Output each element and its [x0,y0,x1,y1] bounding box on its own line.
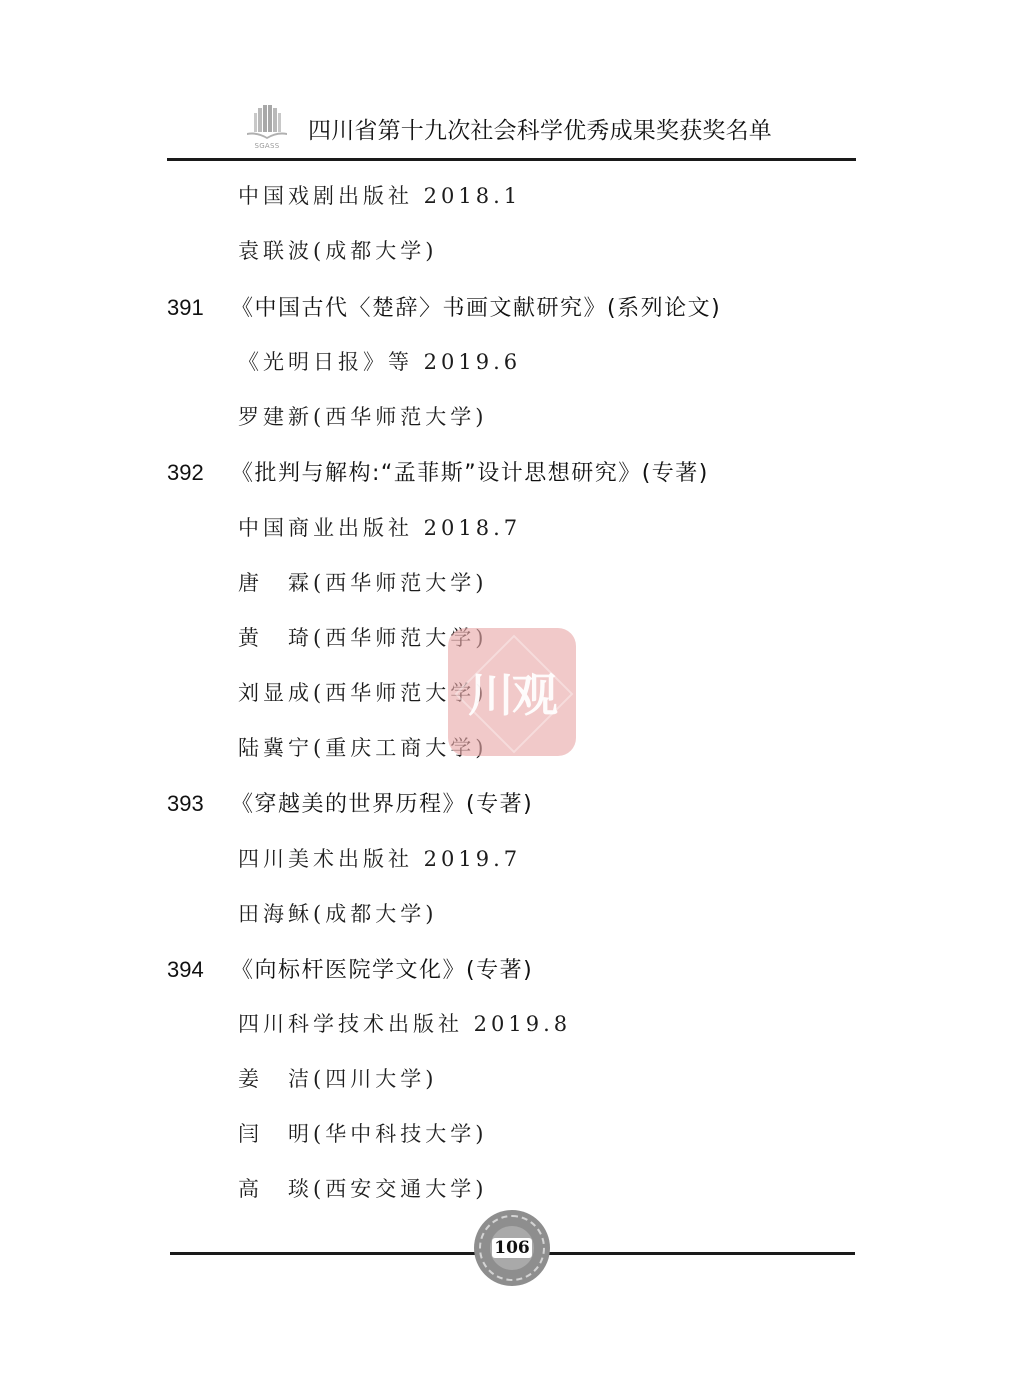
entry-author: 田海稣(成都大学) [238,898,437,928]
chuanguan-watermark: 川观 [448,628,576,756]
entry-author: 姜 洁(四川大学) [238,1063,437,1093]
entry-author: 高 琰(西安交通大学) [238,1173,487,1203]
entry-author: 袁联波(成都大学) [238,235,437,265]
entry-title-391: 391《中国古代〈楚辞〉书画文献研究》(系列论文) [167,291,721,322]
logo-text: SGASS [244,142,290,150]
entry-publisher: 中国戏剧出版社 2018.1 [238,180,521,210]
entry-title: 《批判与解构:“孟菲斯”设计思想研究》(专著) [231,461,709,486]
entry-author: 闫 明(华中科技大学) [238,1118,487,1148]
entry-title: 《向标杆医院学文化》(专著) [231,958,533,983]
entry-publisher: 四川美术出版社 2019.7 [238,843,521,873]
entry-author: 唐 霖(西华师范大学) [238,567,487,597]
entry-number: 393 [167,791,231,817]
watermark-text: 川观 [468,659,556,725]
header-divider [167,158,856,161]
footer-divider-right [549,1252,855,1255]
entry-title-393: 393《穿越美的世界历程》(专著) [167,787,533,818]
page-number: 106 [492,1238,532,1258]
sgass-logo: SGASS [244,104,290,152]
entry-number: 394 [167,957,231,983]
entry-number: 391 [167,295,231,321]
entry-title: 《中国古代〈楚辞〉书画文献研究》(系列论文) [231,296,721,321]
entry-author: 罗建新(西华师范大学) [238,401,487,431]
page-number-badge: 106 [474,1210,550,1286]
entry-number: 392 [167,460,231,486]
page-header: SGASS 四川省第十九次社会科学优秀成果奖获奖名单 [0,0,1024,170]
entry-title-394: 394《向标杆医院学文化》(专著) [167,953,533,984]
entry-publisher: 中国商业出版社 2018.7 [238,512,521,542]
footer-divider-left [170,1252,475,1255]
entry-publisher: 四川科学技术出版社 2019.8 [238,1008,571,1038]
building-book-icon [244,104,290,142]
entry-title: 《穿越美的世界历程》(专著) [231,792,533,817]
page-title: 四川省第十九次社会科学优秀成果奖获奖名单 [308,112,772,145]
entry-title-392: 392《批判与解构:“孟菲斯”设计思想研究》(专著) [167,456,709,487]
entry-publisher: 《光明日报》等 2019.6 [238,346,521,376]
